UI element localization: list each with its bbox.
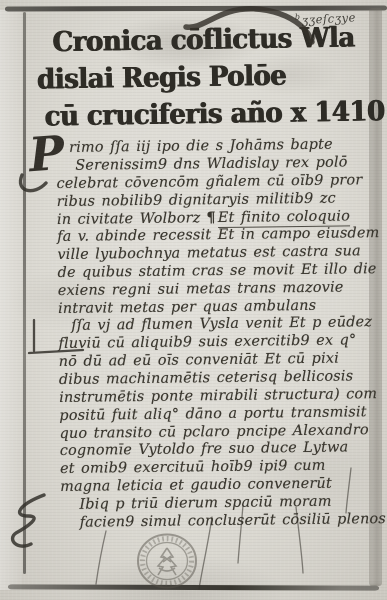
page-edge-left — [23, 12, 26, 574]
manuscript-title: Cronica cōflictus Wla dislai Regis Polōe… — [36, 20, 385, 137]
page-edge-left-margin — [0, 10, 22, 590]
stamp-circular-lettering — [142, 539, 191, 584]
stamp-emblem — [158, 548, 176, 575]
title-line: cū cruciferis año x 1410 — [37, 94, 385, 137]
title-line: Cronica cōflictus Wla — [36, 20, 384, 63]
manuscript-body: rimo ſſa iij ipo die s Johāms bapte Sere… — [56, 136, 367, 532]
manuscript-line: exiens regni sui metas trans mazovie — [58, 279, 364, 301]
manuscript-line: facien9 simul concluserūt cōsiliū plenos — [61, 511, 367, 533]
paragraph-mark: ¶ — [206, 209, 216, 226]
manuscript-page: bʒʒeſcʒye Cronica cōflictus Wla dislai R… — [0, 0, 387, 600]
manuscript-line-text: in civitate Wolborz — [57, 211, 201, 229]
round-ink-stamp-icon — [128, 526, 206, 596]
title-line: dislai Regis Polōe — [37, 57, 385, 100]
